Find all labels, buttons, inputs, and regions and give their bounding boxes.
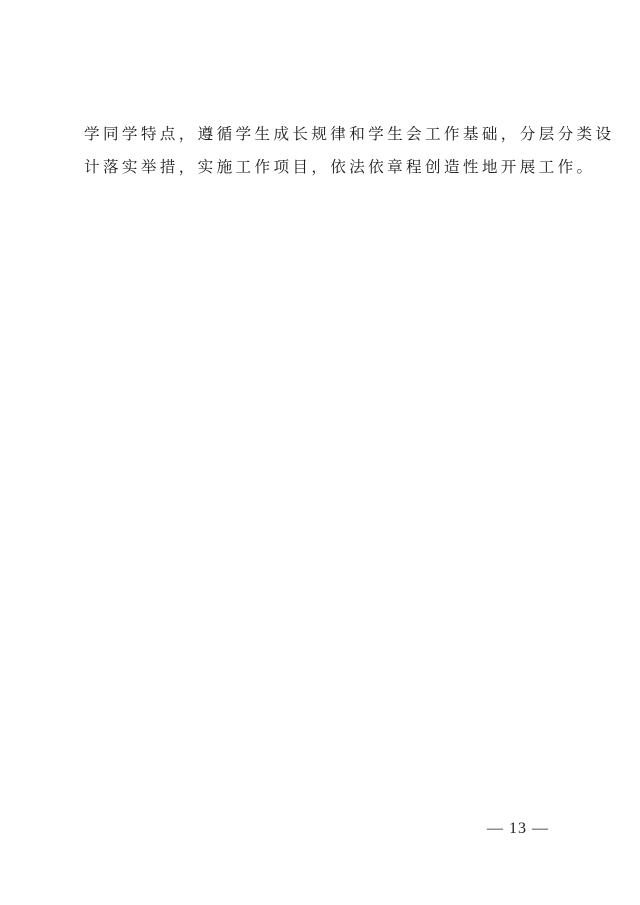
document-page: 学同学特点，遵循学生成长规律和学生会工作基础，分层分类设 计落实举措，实施工作项… (0, 0, 640, 905)
paragraph-line-1: 学同学特点，遵循学生成长规律和学生会工作基础，分层分类设 (84, 118, 564, 151)
paragraph-line-2: 计落实举措，实施工作项目，依法依章程创造性地开展工作。 (84, 151, 564, 184)
body-paragraph: 学同学特点，遵循学生成长规律和学生会工作基础，分层分类设 计落实举措，实施工作项… (84, 118, 564, 184)
page-number: — 13 — (487, 820, 549, 838)
